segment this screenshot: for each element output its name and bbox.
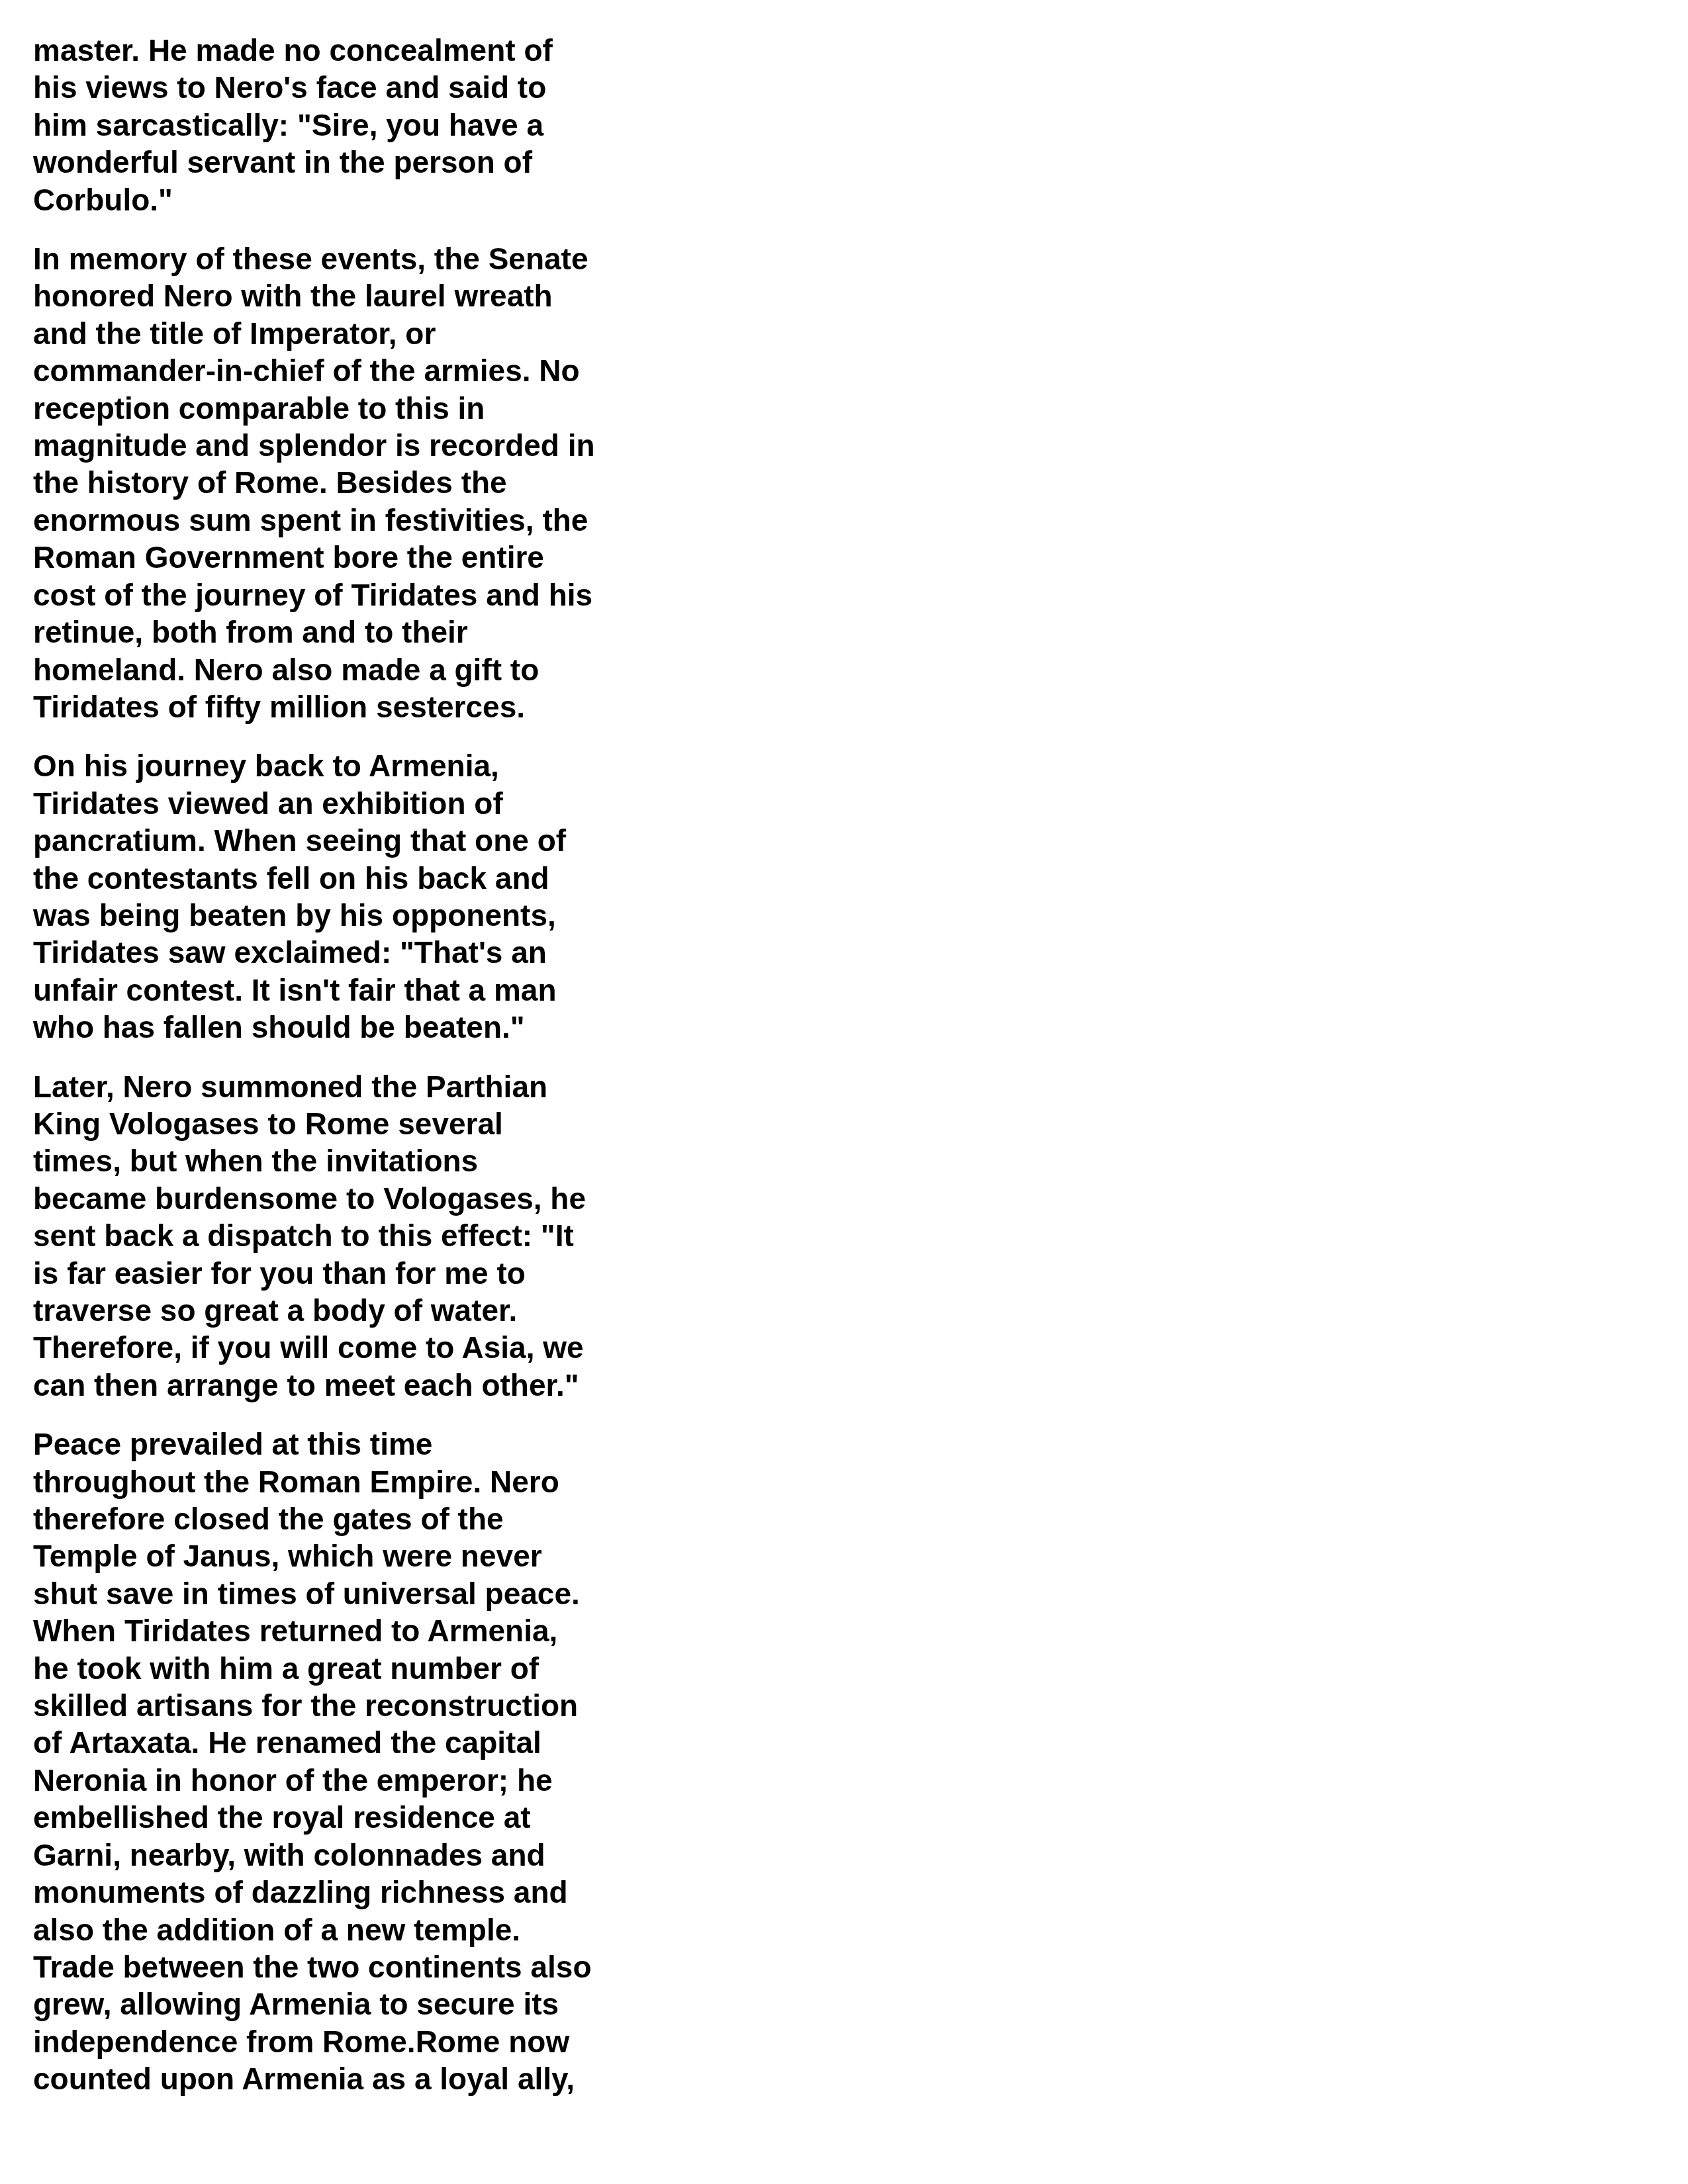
- text-line: grew, allowing Armenia to secure its: [33, 1985, 629, 2023]
- text-line: reception comparable to this in: [33, 390, 629, 427]
- text-line: Corbulo.": [33, 181, 629, 218]
- text-line: traverse so great a body of water.: [33, 1292, 629, 1329]
- paragraph-pancratium: On his journey back to Armenia, Tiridate…: [33, 747, 629, 1046]
- text-line: magnitude and splendor is recorded in: [33, 427, 629, 464]
- text-line: also the addition of a new temple.: [33, 1911, 629, 1948]
- text-line: his views to Nero's face and said to: [33, 69, 629, 106]
- text-line: On his journey back to Armenia,: [33, 747, 629, 784]
- text-line: In memory of these events, the Senate: [33, 240, 629, 277]
- text-line: retinue, both from and to their: [33, 614, 629, 651]
- text-line: commander-in-chief of the armies. No: [33, 352, 629, 389]
- text-line: the contestants fell on his back and: [33, 860, 629, 897]
- paragraph-corbulo: master. He made no concealment of his vi…: [33, 32, 629, 218]
- text-line: shut save in times of universal peace.: [33, 1575, 629, 1612]
- text-line: Tiridates viewed an exhibition of: [33, 785, 629, 822]
- text-line: honored Nero with the laurel wreath: [33, 277, 629, 314]
- text-line: and the title of Imperator, or: [33, 315, 629, 352]
- text-line: he took with him a great number of: [33, 1650, 629, 1687]
- text-line: embellished the royal residence at: [33, 1799, 629, 1836]
- text-line: master. He made no concealment of: [33, 32, 629, 69]
- text-line: therefore closed the gates of the: [33, 1500, 629, 1537]
- text-line: skilled artisans for the reconstruction: [33, 1687, 629, 1724]
- text-line: sent back a dispatch to this effect: "It: [33, 1217, 629, 1254]
- text-line: Tiridates saw exclaimed: "That's an: [33, 934, 629, 971]
- text-line: was being beaten by his opponents,: [33, 897, 629, 934]
- text-line: Temple of Janus, which were never: [33, 1537, 629, 1574]
- text-line: cost of the journey of Tiridates and his: [33, 576, 629, 614]
- paragraph-peace-janus: Peace prevailed at this time throughout …: [33, 1426, 629, 2097]
- text-line: times, but when the invitations: [33, 1142, 629, 1179]
- paragraph-vologases: Later, Nero summoned the Parthian King V…: [33, 1068, 629, 1404]
- text-line: who has fallen should be beaten.": [33, 1009, 629, 1046]
- text-line: unfair contest. It isn't fair that a man: [33, 972, 629, 1009]
- text-line: Roman Government bore the entire: [33, 539, 629, 576]
- text-line: When Tiridates returned to Armenia,: [33, 1612, 629, 1649]
- text-line: counted upon Armenia as a loyal ally,: [33, 2060, 629, 2097]
- text-line: Later, Nero summoned the Parthian: [33, 1068, 629, 1105]
- text-line: became burdensome to Vologases, he: [33, 1180, 629, 1217]
- text-line: him sarcastically: "Sire, you have a: [33, 107, 629, 144]
- text-line: Tiridates of fifty million sesterces.: [33, 688, 629, 725]
- text-line: independence from Rome.Rome now: [33, 2023, 629, 2060]
- text-line: can then arrange to meet each other.": [33, 1367, 629, 1404]
- text-line: Neronia in honor of the emperor; he: [33, 1762, 629, 1799]
- text-line: wonderful servant in the person of: [33, 144, 629, 181]
- text-line: of Artaxata. He renamed the capital: [33, 1724, 629, 1761]
- text-line: throughout the Roman Empire. Nero: [33, 1463, 629, 1500]
- text-line: Therefore, if you will come to Asia, we: [33, 1329, 629, 1366]
- text-line: is far easier for you than for me to: [33, 1255, 629, 1292]
- text-line: monuments of dazzling richness and: [33, 1874, 629, 1911]
- text-line: pancratium. When seeing that one of: [33, 822, 629, 859]
- paragraph-senate-honors: In memory of these events, the Senate ho…: [33, 240, 629, 725]
- text-line: homeland. Nero also made a gift to: [33, 651, 629, 688]
- text-line: enormous sum spent in festivities, the: [33, 502, 629, 539]
- document-page: master. He made no concealment of his vi…: [33, 32, 629, 2120]
- text-line: Trade between the two continents also: [33, 1948, 629, 1985]
- text-line: Garni, nearby, with colonnades and: [33, 1837, 629, 1874]
- text-line: the history of Rome. Besides the: [33, 464, 629, 501]
- text-line: King Vologases to Rome several: [33, 1105, 629, 1142]
- text-line: Peace prevailed at this time: [33, 1426, 629, 1463]
